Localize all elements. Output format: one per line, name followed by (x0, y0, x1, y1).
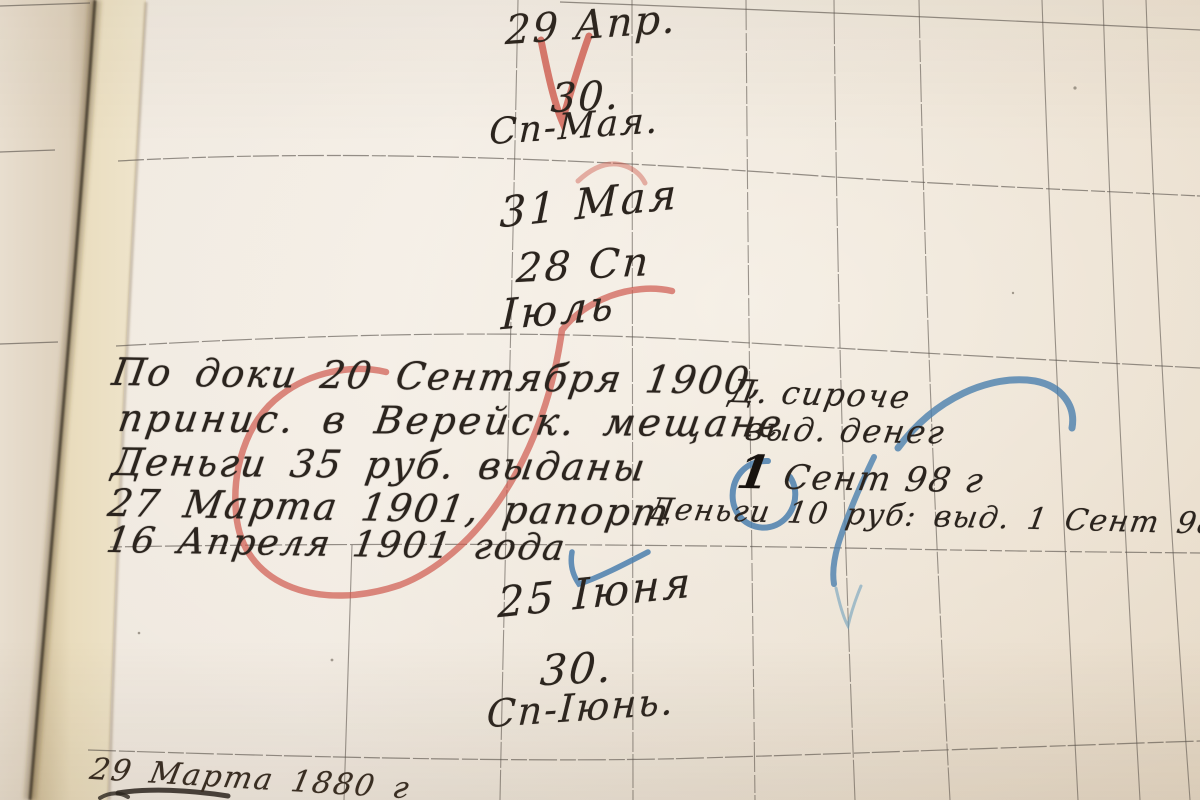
note-line-5: 16 Апреля 1901 года (104, 520, 570, 569)
entry-date-iyul: Іюль (500, 280, 616, 339)
ledger-page-photo: 29 Апр. 30. Сп-Мая. 31 Мая 28 Сп Іюль По… (0, 0, 1200, 800)
teal-arrow (836, 586, 861, 626)
note-line-2: принис. в Верейск. мещане (115, 396, 787, 446)
note-line-1: По доки 20 Сентября 1900, (109, 350, 768, 403)
